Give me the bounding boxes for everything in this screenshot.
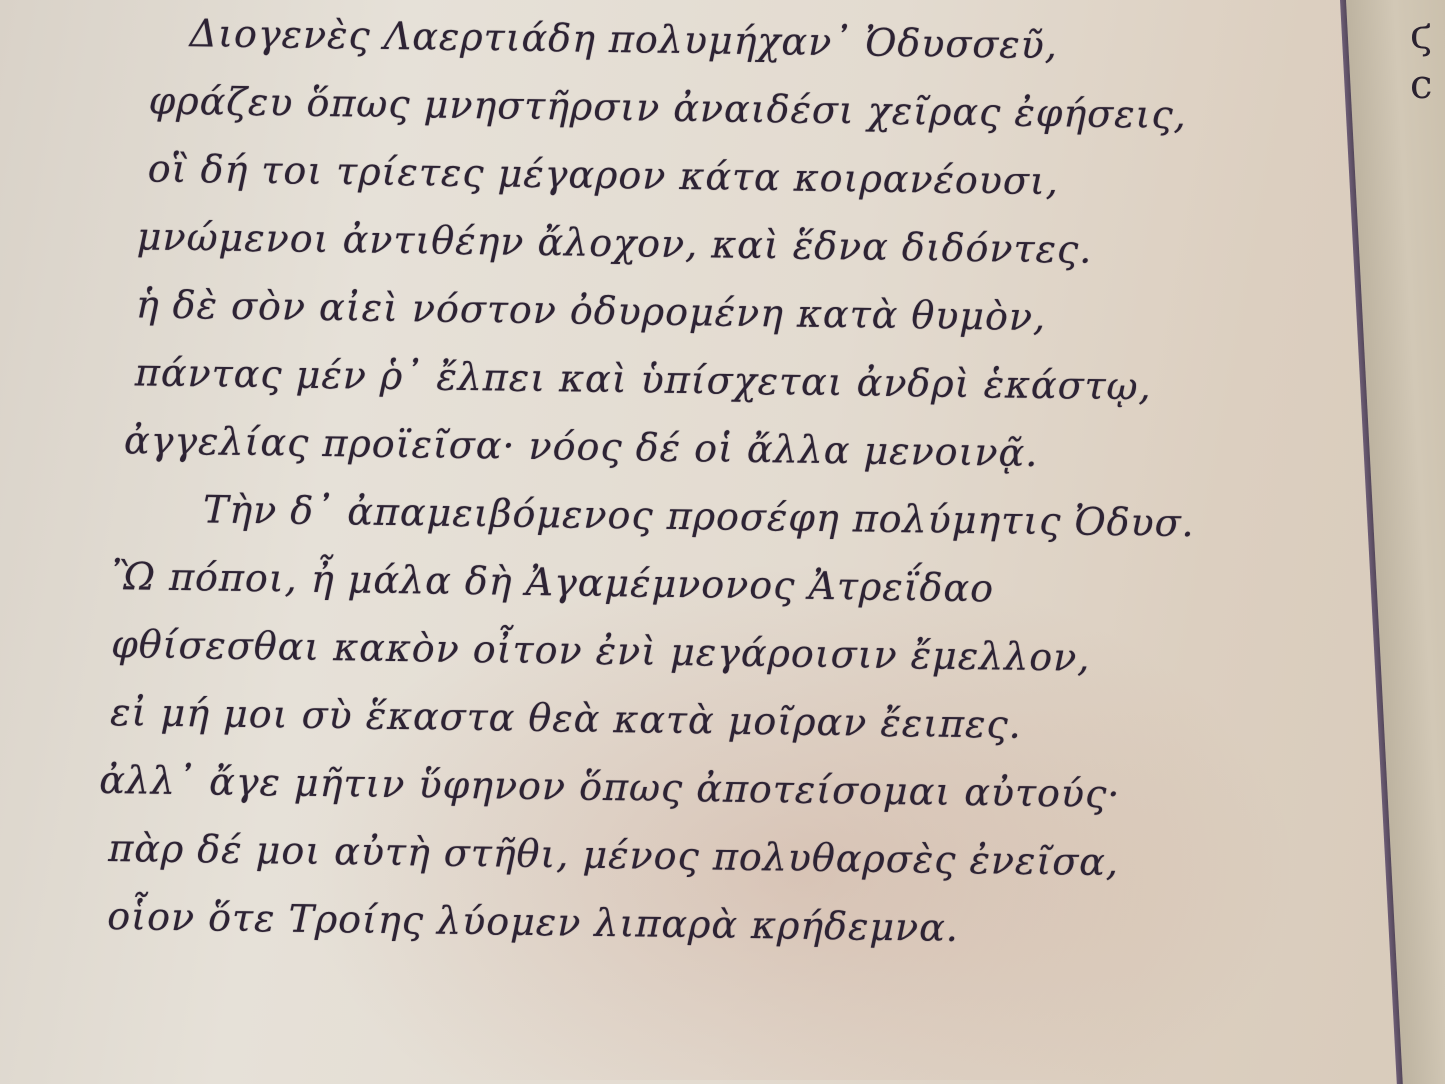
manuscript-photo: Διογενὲς Λαερτιάδη πολυμήχαν᾽ Ὀδυσσεῦ, φ… — [0, 0, 1445, 1084]
manuscript-text-block: Διογενὲς Λαερτιάδη πολυμήχαν᾽ Ὀδυσσεῦ, φ… — [97, 10, 1350, 979]
adjacent-page — [1346, 0, 1445, 1084]
adjacent-page-text: ϛ ϲ — [1410, 10, 1445, 130]
